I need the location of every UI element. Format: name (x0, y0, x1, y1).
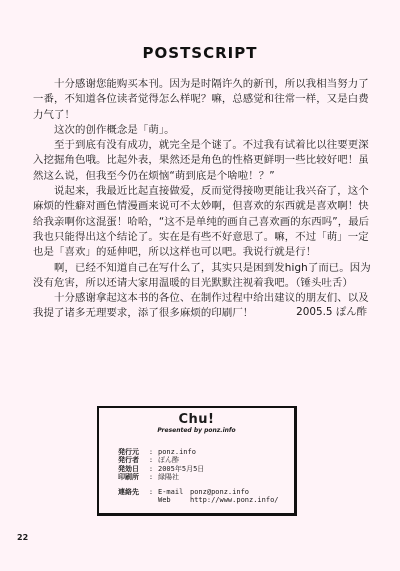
body-line: 力气了！ (33, 108, 369, 123)
body-line: 这次的创作概念是「萌」。 (33, 123, 369, 138)
info-label: 発行者 (118, 456, 144, 464)
colophon-subtitle: Presented by ponz.info (99, 427, 294, 434)
body-line: 啊，已经不知道自己在写什么了，其实只是困到发high了而已。因为 (33, 261, 369, 276)
info-value: ぽん酢 (158, 456, 179, 464)
web-label: Web (158, 496, 190, 504)
info-row-issuer: 発行者 : ぽん酢 (118, 456, 204, 464)
body-line: 给我亲啊你这混蛋！哈哈，“这不是单纯的画自己喜欢画的东西吗”，最后 (33, 215, 369, 230)
postscript-title: POSTSCRIPT (0, 44, 400, 62)
info-separator: : (144, 448, 158, 456)
book-page: POSTSCRIPT 十分感谢您能购买本刊。因为是时隔许久的新刊，所以我相当努力… (0, 0, 400, 571)
contact-label: 連絡先 (118, 488, 144, 496)
info-separator: : (144, 473, 158, 481)
body-line: 没有危害，所以还请大家用温暖的目光默默注视着我吧。（锤头吐舌） (33, 276, 369, 291)
contact-email-row: 連絡先 : E-mail ponz@ponz.info (118, 488, 279, 496)
body-line: 入挖掘角色哦。比起外表，果然还是角色的性格更鲜明一些比较好吧！虽 (33, 153, 369, 168)
email-address: ponz@ponz.info (190, 488, 249, 496)
contact-info: 連絡先 : E-mail ponz@ponz.info Web http://w… (118, 488, 279, 505)
body-line: 我也只能得出这个结论了。实在是有些不好意思了。嘛，不过「萌」一定 (33, 230, 369, 245)
body-line: 麻烦的性癖对画色情漫画来说可不太妙啊，但喜欢的东西就是喜欢啊！快 (33, 199, 369, 214)
info-value: 2005年5月5日 (158, 465, 204, 473)
colophon-box: Chu! Presented by ponz.info 発行元 : ponz.i… (97, 406, 297, 516)
postscript-body: 十分感谢您能购买本刊。因为是时隔许久的新刊，所以我相当努力了 一番，不知道各位读… (33, 77, 369, 322)
body-line: 十分感谢您能购买本刊。因为是时隔许久的新刊，所以我相当努力了 (33, 77, 369, 92)
colophon-title: Chu! (99, 412, 294, 427)
info-label: 発効日 (118, 465, 144, 473)
author-signature: 2005.5 ぽん酢 (296, 303, 367, 318)
spacer (118, 496, 144, 504)
info-row-printer: 印刷所 : 緑陽社 (118, 473, 204, 481)
info-separator: : (144, 465, 158, 473)
info-separator: : (144, 488, 158, 496)
info-separator: : (144, 456, 158, 464)
spacer (144, 496, 158, 504)
body-line: 也是「喜欢」的延伸吧，所以这样也可以吧。我说行就是行！ (33, 245, 369, 260)
publication-info: 発行元 : ponz.info 発行者 : ぽん酢 発効日 : 2005年5月5… (118, 448, 204, 481)
email-label: E-mail (158, 488, 190, 496)
contact-web-row: Web http://www.ponz.info/ (118, 496, 279, 504)
info-value: 緑陽社 (158, 473, 179, 481)
body-line: 至于到底有没有成功，就完全是个谜了。不过我有试着比以往要更深 (33, 138, 369, 153)
web-url: http://www.ponz.info/ (190, 496, 279, 504)
body-line: 说起来，我最近比起直接做爱，反而觉得接吻更能让我兴奋了，这个 (33, 184, 369, 199)
info-row-date: 発効日 : 2005年5月5日 (118, 465, 204, 473)
body-line: 一番，不知道各位读者觉得怎么样呢？嘛，总感觉和往常一样，又是白费 (33, 92, 369, 107)
page-number: 22 (17, 533, 28, 542)
body-line: 然这么说，但我至今仍在烦恼“萌到底是个啥啦！？” (33, 169, 369, 184)
info-label: 印刷所 (118, 473, 144, 481)
